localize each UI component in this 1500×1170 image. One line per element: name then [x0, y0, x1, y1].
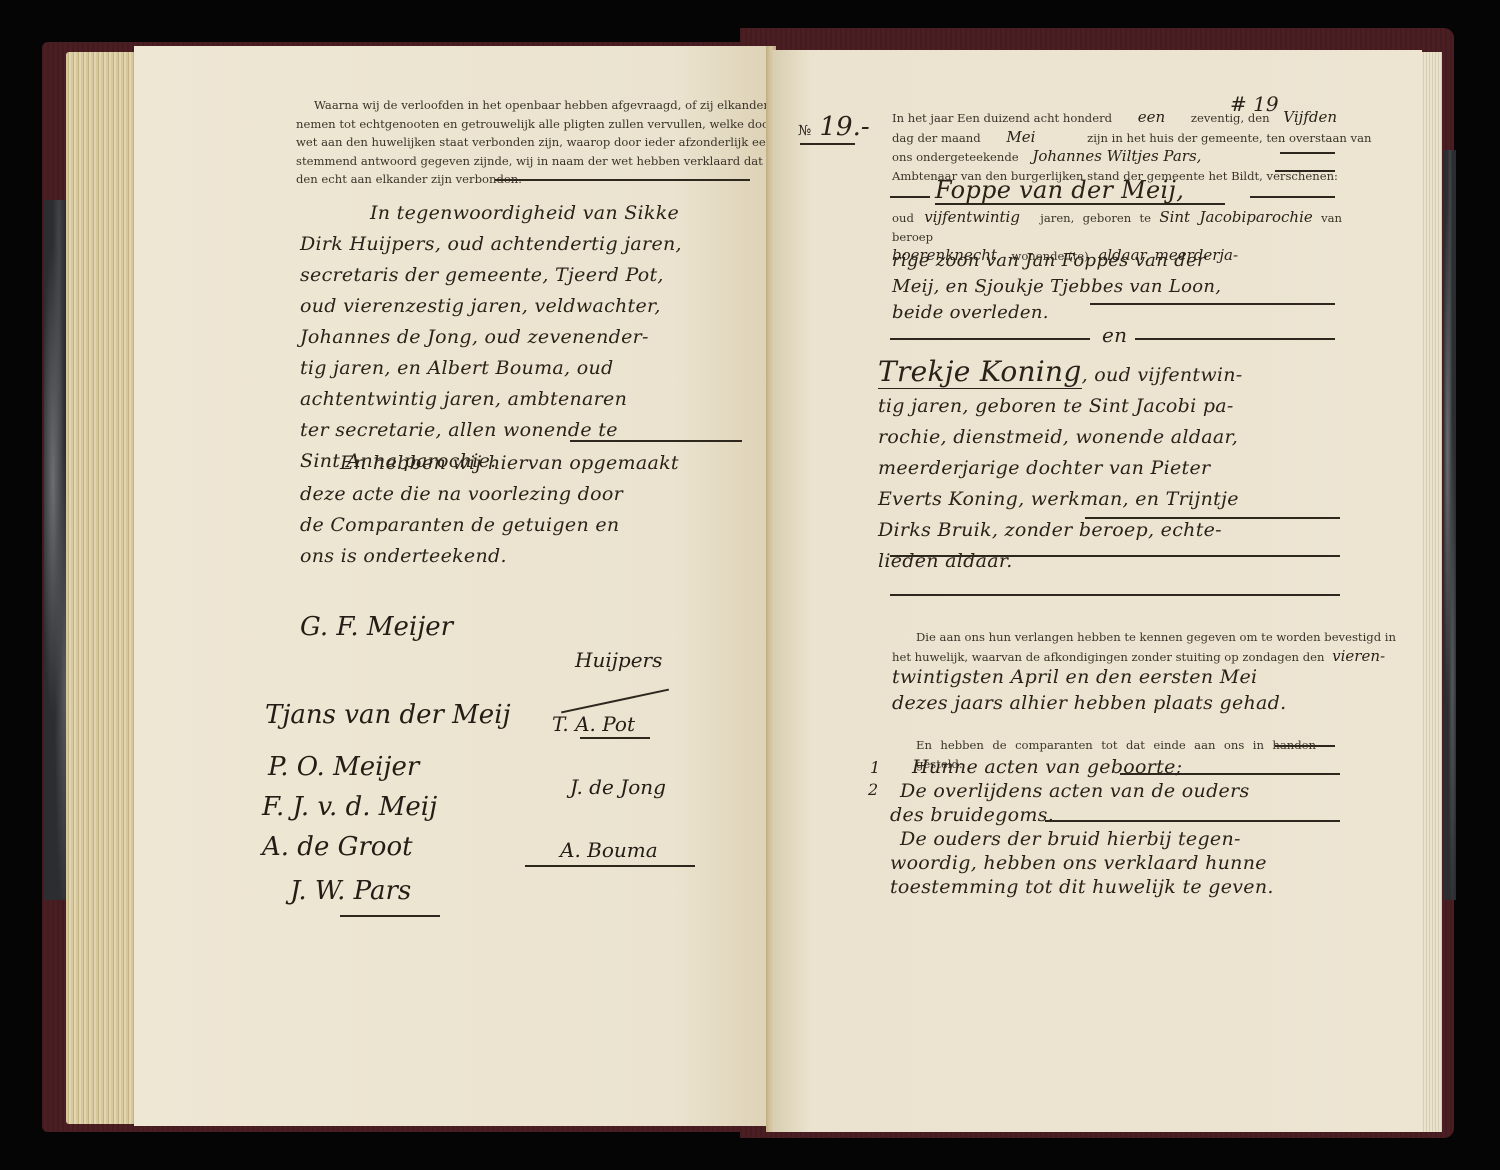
rule — [890, 594, 1340, 596]
rule — [1275, 745, 1335, 747]
rule — [1275, 170, 1335, 172]
rule — [1085, 517, 1340, 519]
bride-handwritten: Trekje Koning, oud vijfentwin- tig jaren… — [878, 356, 1348, 577]
signature: J. de Jong — [570, 775, 666, 799]
bride-name: Trekje Koning — [878, 355, 1082, 389]
conjunction-en: en — [1102, 320, 1127, 351]
documents-handwritten: Hunne acten van geboorte; De overlijdens… — [890, 755, 1350, 899]
record-header: In het jaar Een duizend acht honderd een… — [892, 108, 1342, 185]
banns-handwritten: twintigsten April en den eersten Mei dez… — [892, 664, 1352, 716]
printed-paragraph-vows: Waarna wij de verloofden in het openbaar… — [296, 96, 756, 189]
page-block-left — [66, 52, 136, 1124]
signature: A. de Groot — [262, 832, 413, 862]
signature: A. Bouma — [560, 838, 658, 862]
groom-parents-handwritten: rige zoon van Jan Foppes van der Meij, e… — [892, 248, 1352, 326]
signature: Tjans van der Meij — [265, 700, 511, 730]
witnesses-handwritten: In tegenwoordigheid van Sikke Dirk Huijp… — [300, 198, 770, 477]
rule — [890, 555, 1340, 557]
rule — [1280, 152, 1335, 154]
signature: F. J. v. d. Meij — [262, 792, 437, 822]
marbled-endpaper-right — [1444, 150, 1456, 900]
margin-number: 1 — [870, 758, 880, 777]
rule — [1135, 338, 1335, 340]
rule — [890, 338, 1090, 340]
rule — [1045, 820, 1340, 822]
banns-printed: Die aan ons hun verlangen hebben te kenn… — [892, 628, 1342, 666]
signature-flourish — [340, 915, 440, 917]
rule — [570, 440, 742, 442]
margin-number: 2 — [868, 780, 878, 799]
signature: G. F. Meijer — [300, 612, 453, 642]
rule — [1120, 773, 1340, 775]
signature: P. O. Meijer — [268, 752, 419, 782]
signature: J. W. Pars — [290, 876, 411, 906]
rule — [935, 203, 1225, 205]
rule — [800, 143, 855, 145]
signature-flourish — [525, 865, 695, 867]
groom-name: Foppe van der Meij, — [935, 175, 1184, 206]
rule — [1090, 303, 1335, 305]
signature-flourish — [580, 737, 650, 739]
signature: T. A. Pot — [552, 712, 635, 736]
rule — [1250, 196, 1335, 198]
signature: Huijpers — [575, 648, 662, 672]
rule — [890, 196, 930, 198]
rule — [495, 179, 750, 181]
closing-handwritten: En hebben wij hiervan opgemaakt deze act… — [300, 448, 770, 572]
record-number: № 19.- — [798, 112, 870, 142]
